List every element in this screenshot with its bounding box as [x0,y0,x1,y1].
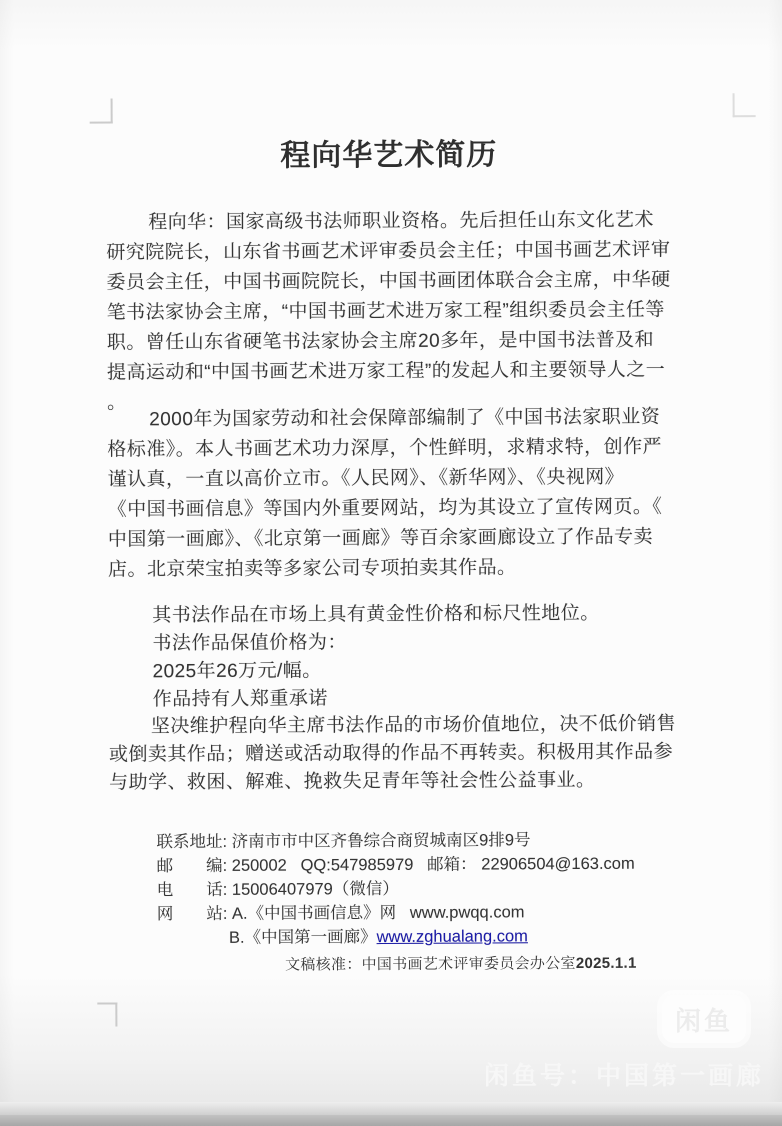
body-line: 研究院院长，山东省书画艺术评审委员会主任；中国书画艺术评审 [106,236,674,269]
body-line: 程向华：国家高级书法师职业资格。先后担任山东文化艺术 [106,206,674,239]
body-line: 《中国书画信息》等国内外重要网站，均为其设立了宣传网页。《 [108,493,676,526]
xianyu-logo-text: 闲鱼 [675,1001,733,1038]
body-line: 笔书法家协会主席，“中国书画艺术进万家工程”组织委员会主任等 [107,296,675,329]
document-photo: 程向华艺术简历 程向华：国家高级书法师职业资格。先后担任山东文化艺术 研究院院长… [0,0,782,1126]
paragraph-career: 程向华：国家高级书法师职业资格。先后担任山东文化艺术 研究院院长，山东省书画艺术… [106,206,675,419]
contact-phone-line: 电 话: 15006407979（微信） [157,876,635,903]
body-line: 店。北京荣宝拍卖等多家公司专项拍卖其作品。 [108,553,676,586]
contact-postal-qq-email-line: 邮 编: 250002 QQ:547985979 邮箱： 22906504@16… [157,852,635,879]
paragraph-pledge: 坚决维护程向华主席书法作品的市场价值地位，决不低价销售 或倒卖其作品；赠送或活动… [109,711,677,798]
margin-crop-mark-top-right [733,93,756,117]
xianyu-account-watermark: 闲鱼号：中国第一画廊 [484,1056,764,1092]
body-line: 作品持有人郑重承诺 [109,684,677,715]
photo-edge-light-strip [0,1102,782,1115]
page-title: 程向华艺术简历 [0,128,780,176]
body-line: 职。曾任山东省硬笔书法家协会主席20多年，是中国书法普及和 [107,326,675,359]
margin-crop-mark-top-left [90,98,113,123]
photo-edge-dark-strip [0,1115,782,1126]
section-price-guarantee: 其书法作品在市场上具有黄金性价格和标尺性地位。 书法作品保值价格为： 2025年… [108,600,677,715]
body-line: 或倒卖其作品；赠送或活动取得的作品不再转卖。积极用其作品参 [109,739,677,770]
body-line: 书法作品保值价格为： [108,628,676,659]
margin-crop-mark-bottom-left [97,1002,117,1026]
contact-website-a-line: 网 站: A.《中国书画信息》网 www.pwqq.com [157,900,635,927]
document-page: 程向华艺术简历 程向华：国家高级书法师职业资格。先后担任山东文化艺术 研究院院长… [0,0,782,1126]
xianyu-logo: 闲鱼 [662,995,746,1043]
body-line: 格标准》。本人书画艺术功力深厚，个性鲜明，求精求特，创作严 [107,433,675,466]
body-line: 谨认真，一直以高价立市。《人民网》、《新华网》、《央视网》 [107,463,675,496]
body-line: 与助学、救困、解难、挽救失足青年等社会性公益事业。 [109,767,677,798]
body-line: 提高运动和“中国书画艺术进万家工程”的发起人和主要领导人之一 [107,356,675,389]
body-line: 坚决维护程向华主席书法作品的市场价值地位，决不低价销售 [109,711,677,742]
body-line: 其书法作品在市场上具有黄金性价格和标尺性地位。 [108,600,676,631]
body-line: 2000年为国家劳动和社会保障部编制了《中国书法家职业资 [107,403,675,436]
approval-line: 文稿核准：中国书画艺术评审委员会办公室2025.1.1 [285,952,637,975]
paragraph-achievements: 2000年为国家劳动和社会保障部编制了《中国书法家职业资 格标准》。本人书画艺术… [107,403,676,586]
approval-text: 文稿核准：中国书画艺术评审委员会办公室 [285,955,576,974]
zghualang-link[interactable]: www.zghualang.com [377,927,528,946]
contact-address-line: 联系地址: 济南市市中区齐鲁综合商贸城南区9排9号 [156,828,634,855]
contact-block: 联系地址: 济南市市中区齐鲁综合商贸城南区9排9号 邮 编: 250002 QQ… [156,828,635,951]
body-line: 委员会主任，中国书画院院长，中国书画团体联合会主席，中华硬 [106,266,674,299]
website-b-label: B.《中国第一画廊》 [229,928,377,947]
price-line: 2025年26万元/幅。 [108,656,676,687]
approval-date: 2025.1.1 [576,955,637,972]
body-line: 中国第一画廊》、《北京第一画廊》等百余家画廊设立了作品专卖 [108,523,676,556]
contact-website-b-line: B.《中国第一画廊》www.zghualang.com [157,924,635,951]
